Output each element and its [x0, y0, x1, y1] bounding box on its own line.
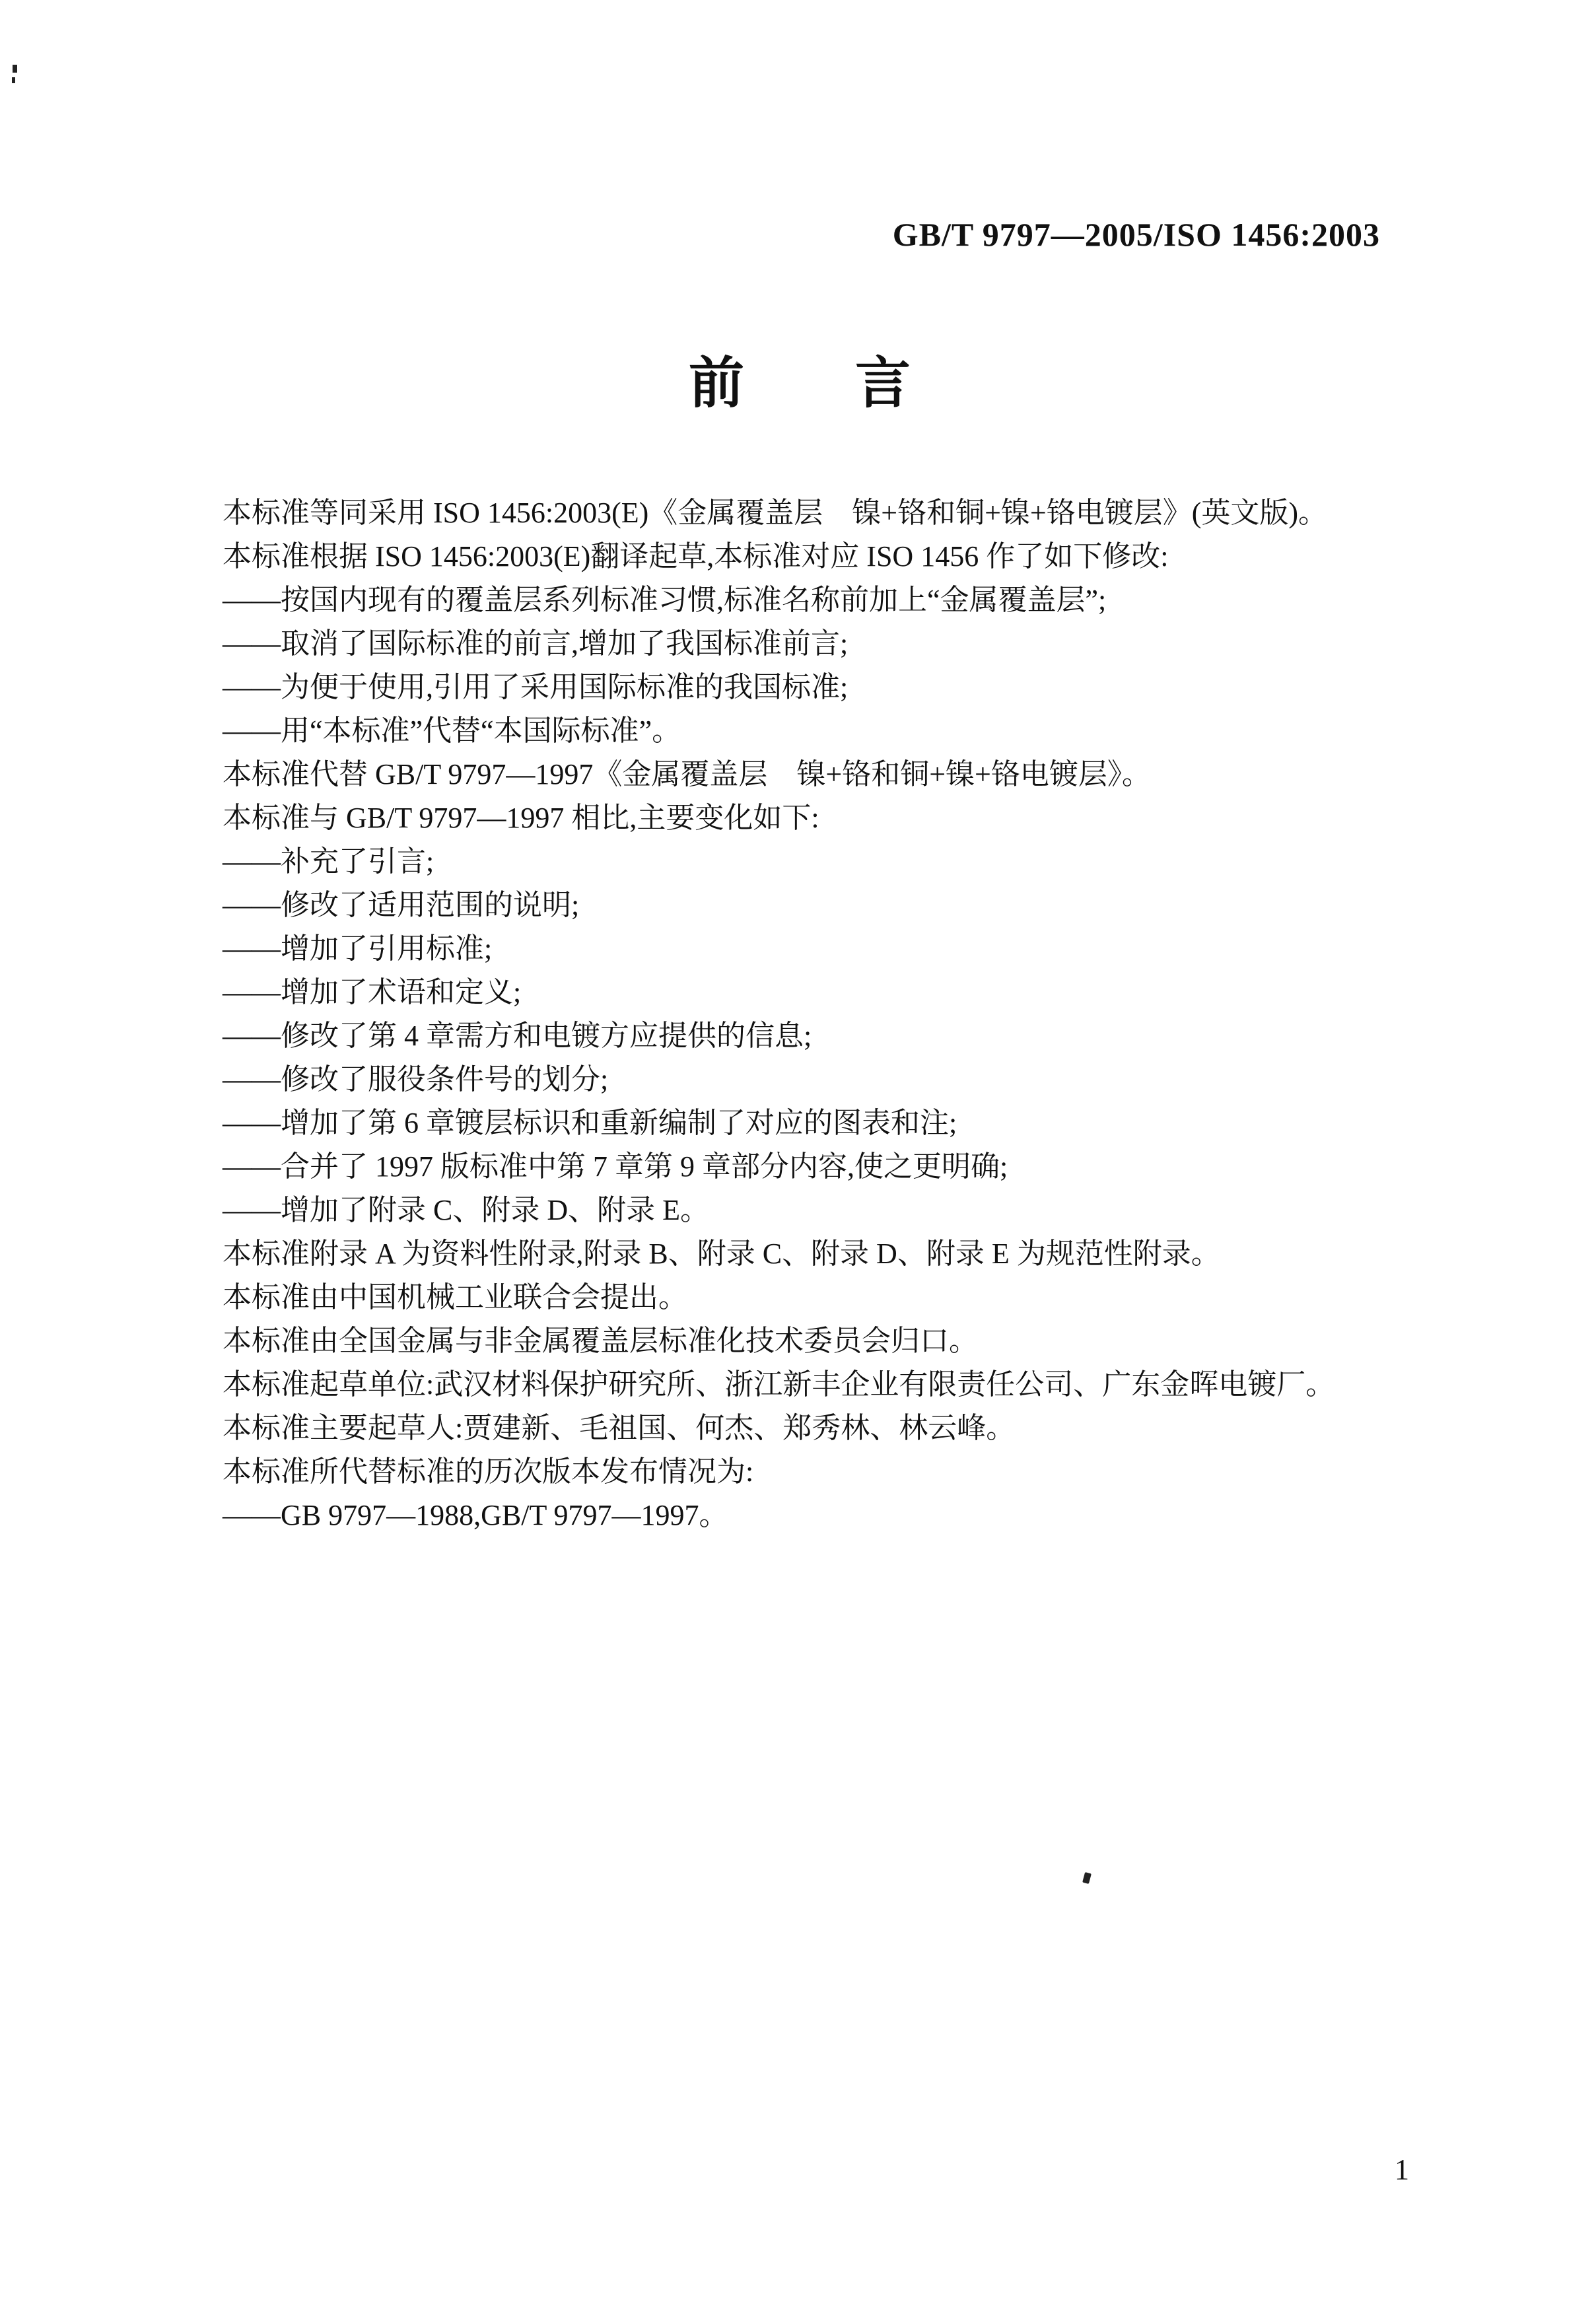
paragraph-line: ——为便于使用,引用了采用国际标准的我国标准; — [223, 666, 1382, 709]
standard-code-header: GB/T 9797—2005/ISO 1456:2003 — [893, 215, 1380, 254]
paragraph-line: 本标准代替 GB/T 9797—1997《金属覆盖层 镍+铬和铜+镍+铬电镀层》… — [223, 753, 1382, 796]
paragraph-line: ——用“本标准”代替“本国际标准”。 — [223, 709, 1382, 753]
scan-artifact — [12, 77, 15, 83]
paragraph-line: ——增加了附录 C、附录 D、附录 E。 — [223, 1189, 1382, 1232]
paragraph-line: 本标准所代替标准的历次版本发布情况为: — [223, 1450, 1382, 1494]
paragraph-line: 本标准主要起草人:贾建新、毛祖国、何杰、郑秀林、林云峰。 — [223, 1407, 1382, 1450]
paragraph-line: ——修改了服役条件号的划分; — [223, 1058, 1382, 1101]
paragraph-line: ——修改了第 4 章需方和电镀方应提供的信息; — [223, 1014, 1382, 1058]
paragraph-line: 本标准起草单位:武汉材料保护研究所、浙江新丰企业有限责任公司、广东金晖电镀厂。 — [223, 1363, 1382, 1407]
paragraph-line: ——GB 9797—1988,GB/T 9797—1997。 — [223, 1494, 1382, 1537]
page-number: 1 — [1395, 2153, 1409, 2186]
foreword-body: 本标准等同采用 ISO 1456:2003(E)《金属覆盖层 镍+铬和铜+镍+铬… — [223, 491, 1382, 1537]
paragraph-line: 本标准附录 A 为资料性附录,附录 B、附录 C、附录 D、附录 E 为规范性附… — [223, 1232, 1382, 1276]
paragraph-line: ——合并了 1997 版标准中第 7 章第 9 章部分内容,使之更明确; — [223, 1145, 1382, 1189]
paragraph-line: 本标准由全国金属与非金属覆盖层标准化技术委员会归口。 — [223, 1319, 1382, 1363]
paragraph-line: ——补充了引言; — [223, 840, 1382, 884]
paragraph-line: ——取消了国际标准的前言,增加了我国标准前言; — [223, 622, 1382, 666]
paragraph-line: 本标准由中国机械工业联合会提出。 — [223, 1276, 1382, 1319]
paragraph-line: ——修改了适用范围的说明; — [223, 884, 1382, 927]
scan-artifact — [1082, 1872, 1092, 1884]
page-title: 前 言 — [219, 357, 1381, 412]
document-page: GB/T 9797—2005/ISO 1456:2003 前 言 本标准等同采用… — [0, 0, 1596, 2298]
paragraph-line: ——增加了引用标准; — [223, 927, 1382, 971]
paragraph-line: ——增加了第 6 章镀层标识和重新编制了对应的图表和注; — [223, 1101, 1382, 1145]
paragraph-line: 本标准与 GB/T 9797—1997 相比,主要变化如下: — [223, 796, 1382, 840]
paragraph-line: ——按国内现有的覆盖层系列标准习惯,标准名称前加上“金属覆盖层”; — [223, 578, 1382, 622]
paragraph-line: 本标准等同采用 ISO 1456:2003(E)《金属覆盖层 镍+铬和铜+镍+铬… — [223, 491, 1382, 535]
scan-artifact — [13, 65, 17, 73]
paragraph-line: 本标准根据 ISO 1456:2003(E)翻译起草,本标准对应 ISO 145… — [223, 535, 1382, 578]
paragraph-line: ——增加了术语和定义; — [223, 971, 1382, 1014]
